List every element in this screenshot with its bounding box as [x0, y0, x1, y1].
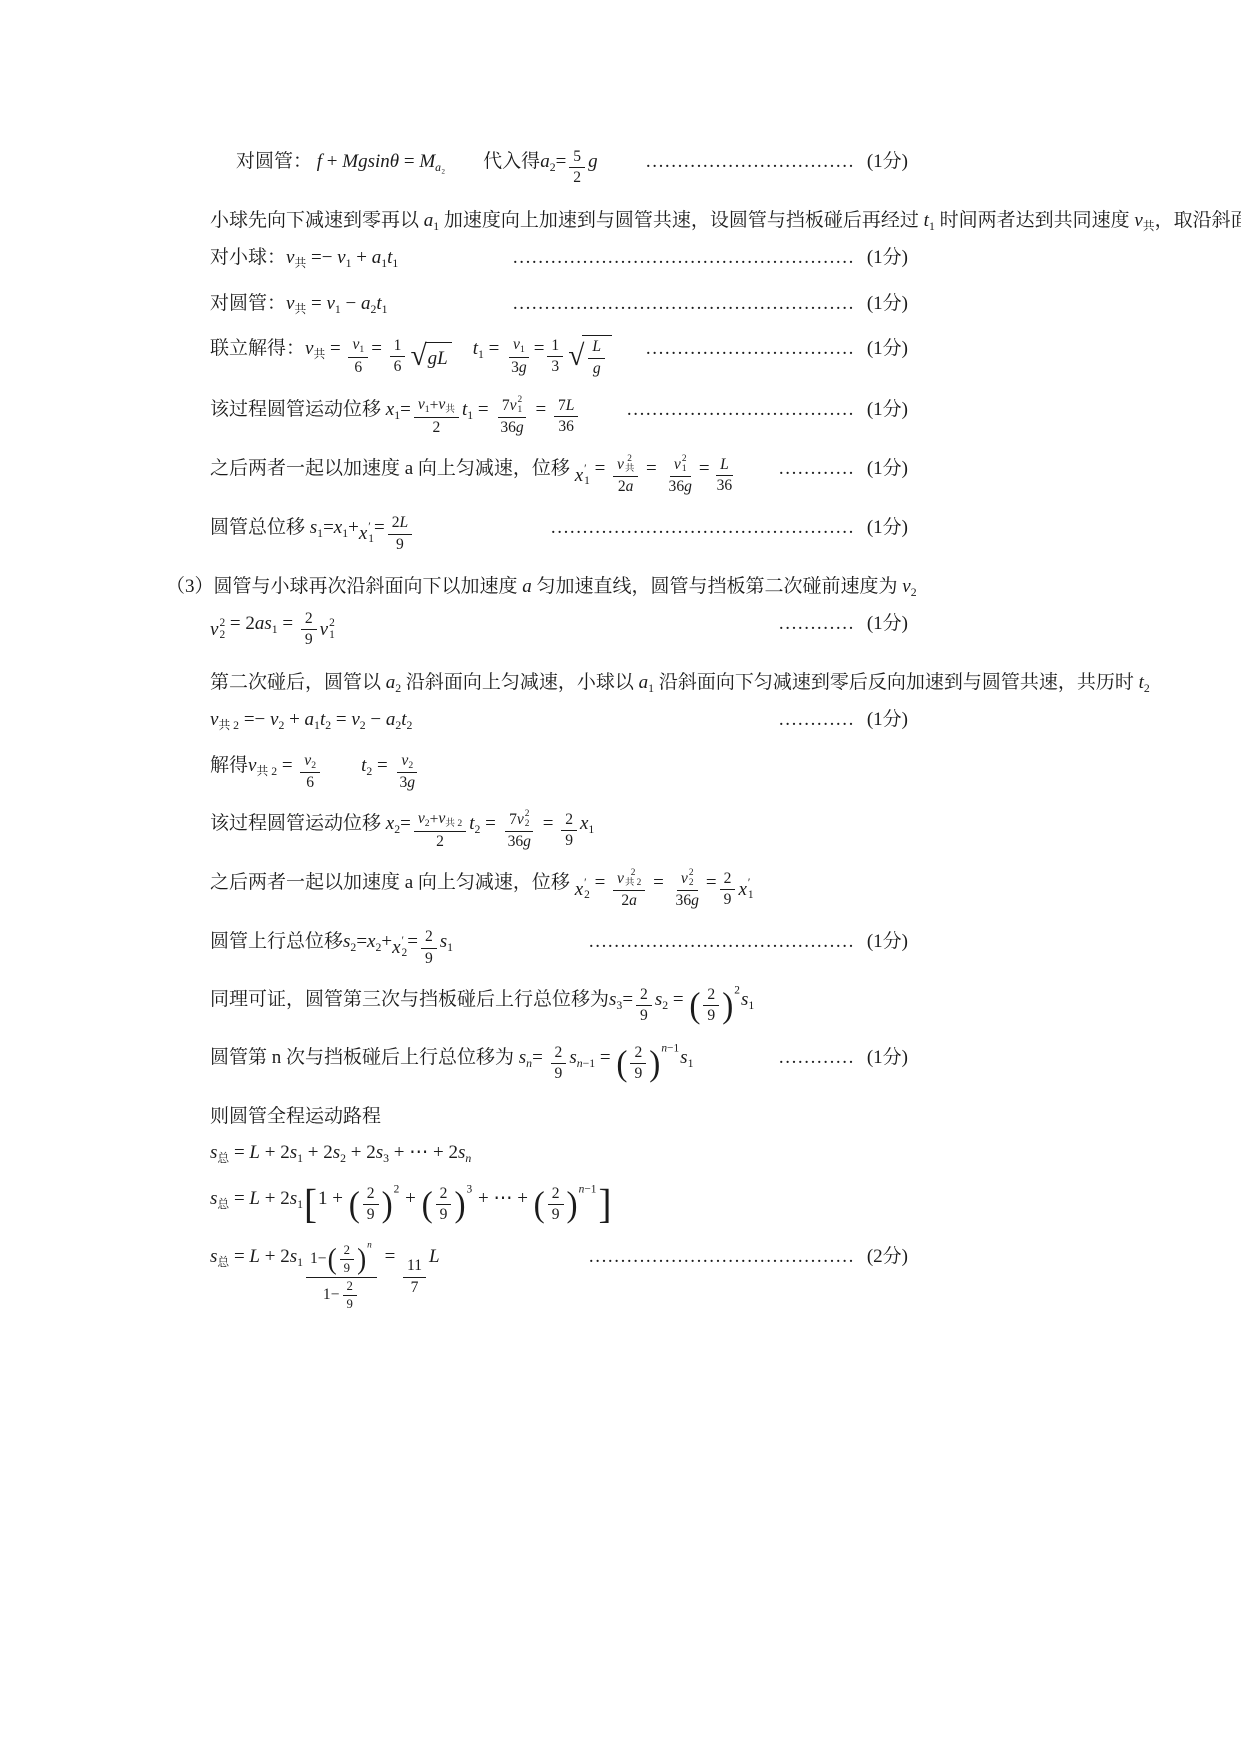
line-s2-total: 圆管上行总位移s2=x2+x′2=29s1…………………………………… (1分): [210, 928, 1076, 968]
para-ball-motion: 小球先向下减速到零再以 a1 加速度向上加速到与圆管共速，设圆管与挡板碰后再经过…: [210, 206, 1076, 236]
para-part3-intro-content: （3）圆管与小球再次沿斜面向下以加速度 a 匀加速直线，圆管与挡板第二次碰前速度…: [166, 576, 917, 597]
dot-leader: ………………………………………………: [512, 290, 854, 318]
dot-leader: ……………………………: [645, 335, 854, 363]
para-ball-motion-content: 小球先向下减速到零再以 a1 加速度向上加速到与圆管共速，设圆管与挡板碰后再经过…: [210, 210, 1241, 231]
line-vcommon2-eq: v共 2 =− v2 + a1t2 = v2 − a2t2………… (1分): [210, 706, 1076, 734]
line-solve-vcommon2-content: 解得v共 2 = v26 t2 = v23g: [210, 752, 422, 793]
line-stotal-series-content: s总 = L + 2s1[1 + (29)2 + (29)3 + ⋯ + (29…: [210, 1185, 612, 1225]
para-part3-intro: （3）圆管与小球再次沿斜面向下以加速度 a 匀加速直线，圆管与挡板第二次碰前速度…: [166, 572, 1076, 602]
line-x2-prime: 之后两者一起以加速度 a 向上匀减速，位移 x′2 = v2共 22a = v2…: [210, 869, 1076, 910]
line-solve-v-t: 联立解得：v共 = v16= 16√gL t1 = v13g=13√Lg……………: [210, 335, 1076, 378]
line-ball-eq-content: 对小球：v共 =− v1 + a1t1: [210, 244, 398, 272]
score-label: (1分): [862, 514, 908, 542]
dot-leader: …………: [778, 610, 854, 638]
para-total-path-intro: 则圆管全程运动路程: [210, 1102, 1076, 1131]
line-tube-eq: 对圆管：v共 = v1 − a2t1……………………………………………… (1分…: [210, 290, 1076, 318]
dot-leader: ………………………………: [626, 396, 854, 424]
line-x2: 该过程圆管运动位移 x2=v2+v共 22t2 = 7v2236g = 29x1: [210, 810, 1076, 851]
score-label: (1分): [862, 244, 908, 272]
score-label: (1分): [862, 396, 908, 424]
line-ball-eq: 对小球：v共 =− v1 + a1t1……………………………………………… (1…: [210, 244, 1076, 272]
line-x1: 该过程圆管运动位移 x1=v1+v共2t1 = 7v2136g = 7L36………: [210, 396, 1076, 437]
dot-leader: ………………………………………………: [512, 244, 854, 272]
line-x1-content: 该过程圆管运动位移 x1=v1+v共2t1 = 7v2136g = 7L36: [210, 396, 581, 437]
line-tube-newton: 对圆管： f + Mgsinθ = Ma₂ 代入得a2=52g…………………………: [236, 148, 1076, 188]
dot-leader: ……………………………………: [588, 1243, 854, 1271]
line-x2-content: 该过程圆管运动位移 x2=v2+v共 22t2 = 7v2236g = 29x1: [210, 810, 594, 851]
score-label: (1分): [862, 610, 908, 638]
score-label: (1分): [862, 928, 908, 956]
dot-leader: …………: [778, 455, 854, 483]
line-tube-newton-content: 对圆管： f + Mgsinθ = Ma₂ 代入得a2=52g: [236, 148, 598, 188]
answer-sheet-page: { "colors": { "text": "#1b1b1b", "backgr…: [0, 0, 1241, 1755]
score-label: (1分): [862, 706, 908, 734]
line-v2-squared-content: v22 = 2as1 = 29v21: [210, 610, 335, 650]
dot-leader: …………: [778, 1044, 854, 1072]
line-stotal-series: s总 = L + 2s1[1 + (29)2 + (29)3 + ⋯ + (29…: [210, 1185, 1076, 1225]
line-s1-total: 圆管总位移 s1=x1+x′1=2L9………………………………………… (1分): [210, 514, 1076, 554]
line-x2-prime-content: 之后两者一起以加速度 a 向上匀减速，位移 x′2 = v2共 22a = v2…: [210, 869, 754, 910]
line-s3: 同理可证，圆管第三次与挡板碰后上行总位移为s3=29s2 = (29)2s1: [210, 986, 1076, 1026]
para-total-path-intro-content: 则圆管全程运动路程: [210, 1106, 381, 1127]
score-label: (2分): [862, 1243, 908, 1271]
dot-leader: …………: [778, 706, 854, 734]
score-label: (1分): [862, 148, 908, 176]
score-label: (1分): [862, 1044, 908, 1072]
dot-leader: ……………………………: [645, 148, 854, 176]
para-second-collision: 第二次碰后，圆管以 a2 沿斜面向上匀减速，小球以 a1 沿斜面向下匀减速到零后…: [210, 668, 1076, 698]
line-vcommon2-eq-content: v共 2 =− v2 + a1t2 = v2 − a2t2: [210, 706, 412, 734]
solution-document-body: 对圆管： f + Mgsinθ = Ma₂ 代入得a2=52g…………………………: [210, 148, 1076, 1330]
dot-leader: …………………………………………: [550, 514, 854, 542]
dot-leader: ……………………………………: [588, 928, 854, 956]
line-x1-prime: 之后两者一起以加速度 a 向上匀减速，位移 x′1 = v2共2a = v213…: [210, 455, 1076, 496]
score-label: (1分): [862, 290, 908, 318]
para-second-collision-content: 第二次碰后，圆管以 a2 沿斜面向上匀减速，小球以 a1 沿斜面向下匀减速到零后…: [210, 672, 1150, 693]
line-s2-total-content: 圆管上行总位移s2=x2+x′2=29s1: [210, 928, 453, 968]
line-s1-total-content: 圆管总位移 s1=x1+x′1=2L9: [210, 514, 415, 554]
line-s3-content: 同理可证，圆管第三次与挡板碰后上行总位移为s3=29s2 = (29)2s1: [210, 986, 754, 1026]
line-stotal-sum: s总 = L + 2s1 + 2s2 + 2s3 + ⋯ + 2sn: [210, 1139, 1076, 1167]
line-v2-squared: v22 = 2as1 = 29v21………… (1分): [210, 610, 1076, 650]
line-sn-content: 圆管第 n 次与挡板碰后上行总位移为 sn= 29sn−1 = (29)n−1s…: [210, 1044, 693, 1084]
line-solve-vcommon2: 解得v共 2 = v26 t2 = v23g: [210, 752, 1076, 793]
line-stotal-sum-content: s总 = L + 2s1 + 2s2 + 2s3 + ⋯ + 2sn: [210, 1139, 471, 1167]
line-stotal-result-content: s总 = L + 2s11−(29)n1−29 = 117L: [210, 1243, 440, 1312]
line-tube-eq-content: 对圆管：v共 = v1 − a2t1: [210, 290, 388, 318]
line-solve-v-t-content: 联立解得：v共 = v16= 16√gL t1 = v13g=13√Lg: [210, 335, 614, 378]
line-x1-prime-content: 之后两者一起以加速度 a 向上匀减速，位移 x′1 = v2共2a = v213…: [210, 455, 739, 496]
line-stotal-result: s总 = L + 2s11−(29)n1−29 = 117L……………………………: [210, 1243, 1076, 1312]
score-label: (1分): [862, 455, 908, 483]
score-label: (1分): [862, 335, 908, 363]
line-sn: 圆管第 n 次与挡板碰后上行总位移为 sn= 29sn−1 = (29)n−1s…: [210, 1044, 1076, 1084]
